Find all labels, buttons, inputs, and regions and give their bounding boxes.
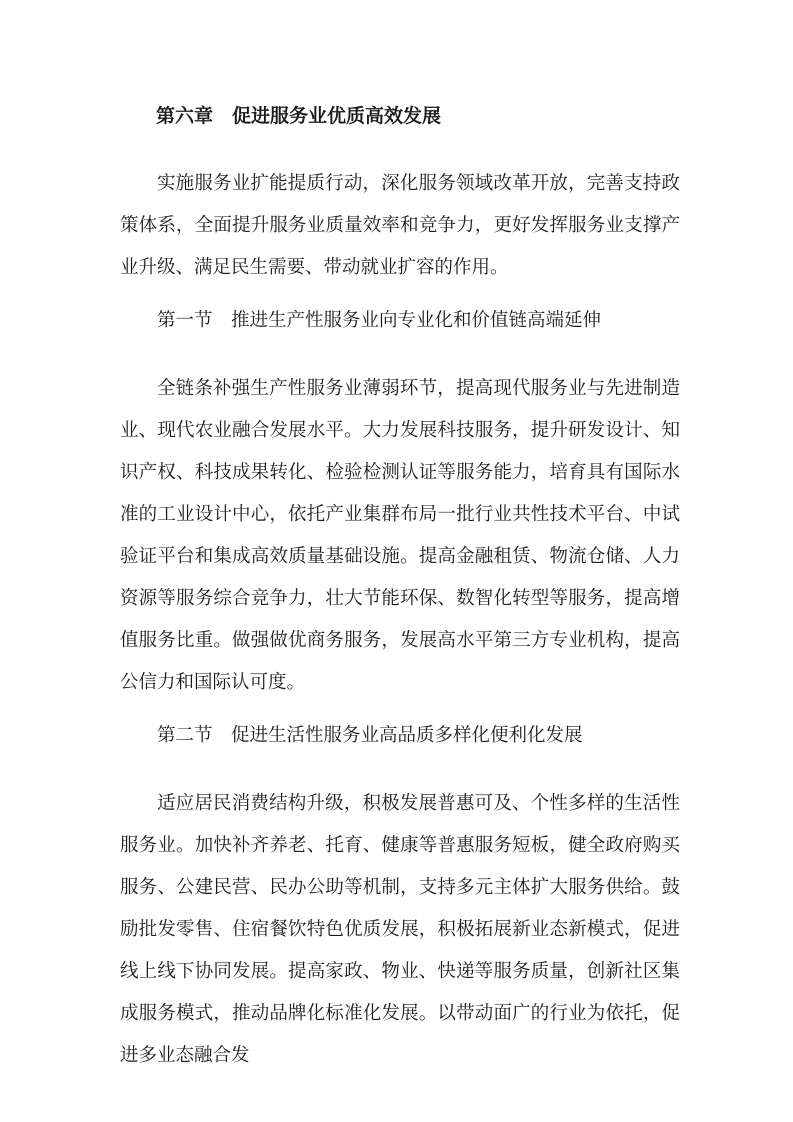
section-heading-1: 第一节 推进生产性服务业向专业化和价值链高端延伸 [120,300,680,342]
paragraph-section-1: 全链条补强生产性服务业薄弱环节，提高现代服务业与先进制造业、现代农业融合发展水平… [120,368,680,704]
section-heading-2: 第二节 促进生活性服务业高品质多样化便利化发展 [120,715,680,757]
page-content: 第六章 促进服务业优质高效发展 实施服务业扩能提质行动，深化服务领域改革开放，完… [0,0,793,1077]
document-page: 第六章 促进服务业优质高效发展 实施服务业扩能提质行动，深化服务领域改革开放，完… [0,0,793,1122]
paragraph-intro: 实施服务业扩能提质行动，深化服务领域改革开放，完善支持政策体系，全面提升服务业质… [120,163,680,289]
paragraph-section-2: 适应居民消费结构升级，积极发展普惠可及、个性多样的生活性服务业。加快补齐养老、托… [120,783,680,1077]
chapter-title: 第六章 促进服务业优质高效发展 [156,96,680,138]
